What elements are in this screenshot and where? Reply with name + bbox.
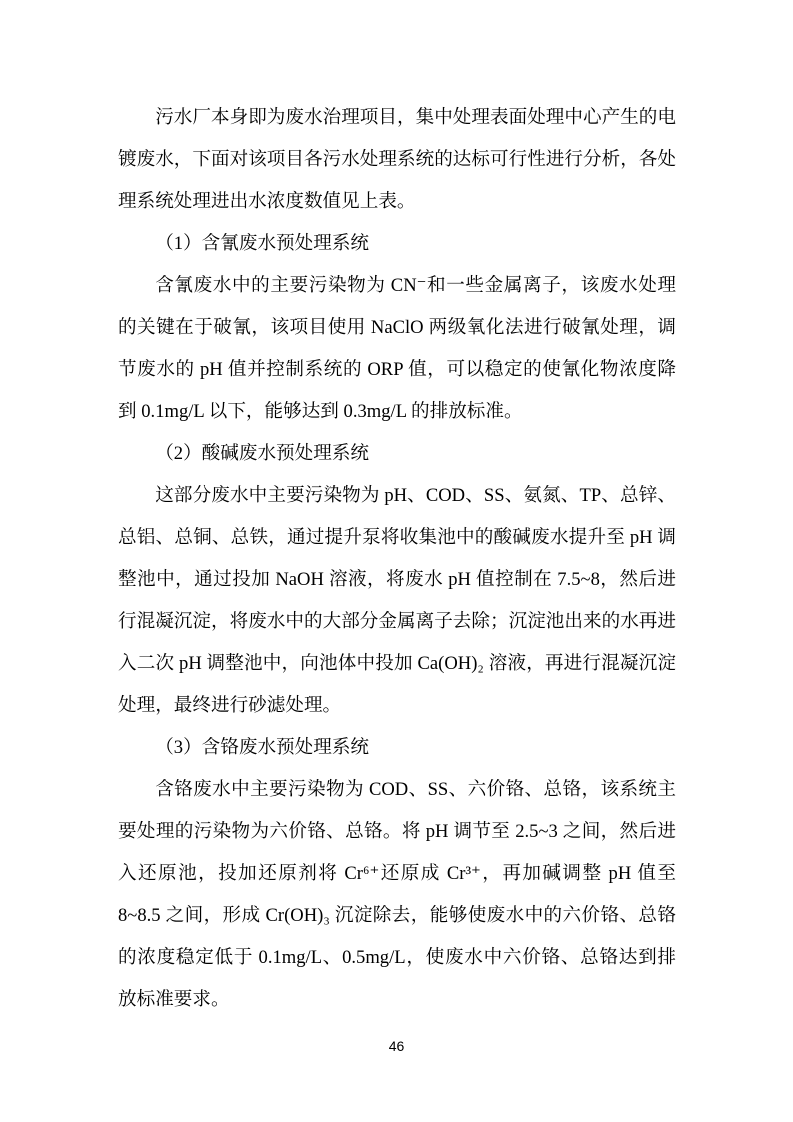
page-footer: 46 [0,1039,793,1053]
section-heading-chromium-system: （3）含铬废水预处理系统 [118,727,676,769]
section-heading-cyanide-system: （1）含氰废水预处理系统 [118,223,676,265]
paragraph-chromium-system: 含铬废水中主要污染物为 COD、SS、六价铬、总铬，该系统主要处理的污染物为六价… [118,769,676,1021]
section-heading-acid-alkali-system: （2）酸碱废水预处理系统 [118,433,676,475]
paragraph-intro: 污水厂本身即为废水治理项目，集中处理表面处理中心产生的电镀废水，下面对该项目各污… [118,97,676,223]
document-page: 污水厂本身即为废水治理项目，集中处理表面处理中心产生的电镀废水，下面对该项目各污… [0,0,793,1122]
paragraph-acid-alkali-system: 这部分废水中主要污染物为 pH、COD、SS、氨氮、TP、总锌、总铝、总铜、总铁… [118,475,676,727]
paragraph-cyanide-system: 含氰废水中的主要污染物为 CN⁻和一些金属离子，该废水处理的关键在于破氰，该项目… [118,265,676,433]
page-number: 46 [389,1038,405,1054]
document-body: 污水厂本身即为废水治理项目，集中处理表面处理中心产生的电镀废水，下面对该项目各污… [118,97,676,1021]
